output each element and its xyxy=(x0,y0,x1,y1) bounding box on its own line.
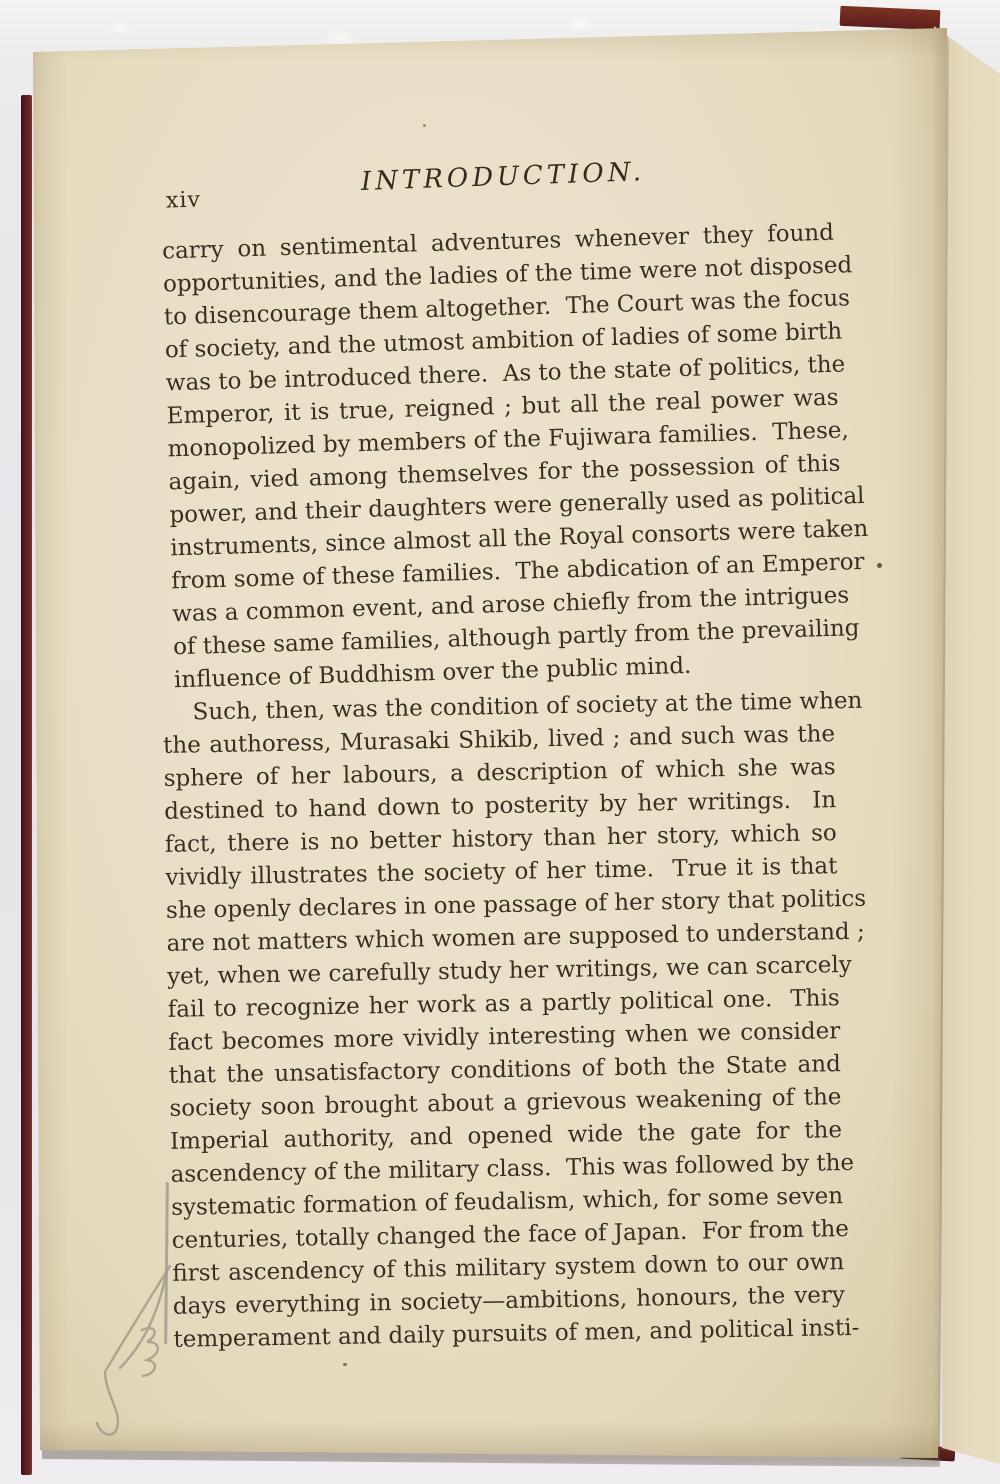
photo-background: xiv INTRODUCTION. carry on sentimental a… xyxy=(0,0,1000,1484)
running-header: INTRODUCTION. xyxy=(168,150,839,203)
book-cover-spine xyxy=(21,95,32,1475)
paper-speck xyxy=(423,124,426,127)
pencil-doodle xyxy=(72,1244,192,1454)
paragraph: Such, then, was the condition of society… xyxy=(162,685,845,1357)
body-text: carry on sentimental adventures whenever… xyxy=(168,226,840,1351)
book-page: xiv INTRODUCTION. carry on sentimental a… xyxy=(26,26,947,1462)
paper-speck xyxy=(343,1363,347,1366)
paragraph: carry on sentimental adventures whenever… xyxy=(162,217,847,698)
paper-speck xyxy=(877,563,882,568)
